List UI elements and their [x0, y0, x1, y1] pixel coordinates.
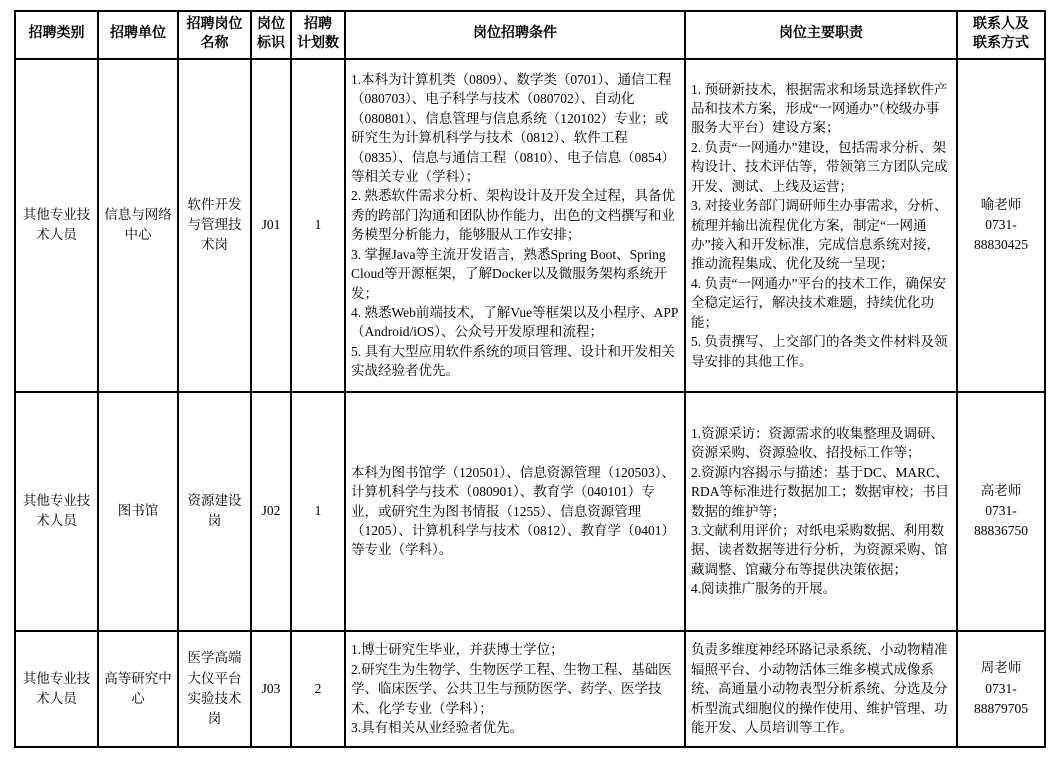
cell-conditions: 本科为图书馆学（120501）、信息资源管理（120503）、计算机科学与技术（…: [345, 392, 685, 631]
cell-plan-count: 2: [291, 631, 345, 747]
table-row: 其他专业技术人员 图书馆 资源建设岗 J02 1 本科为图书馆学（120501）…: [15, 392, 1045, 631]
cell-duties: 1. 预研新技术，根据需求和场景选择软件产品和技术方案，形成“一网通办”（校级办…: [685, 59, 957, 392]
cell-conditions: 1.博士研究生毕业，并获博士学位； 2.研究生为生物学、生物医学工程、生物工程、…: [345, 631, 685, 747]
cell-unit: 信息与网络中心: [98, 59, 178, 392]
table-row: 其他专业技术人员 信息与网络中心 软件开发与管理技术岗 J01 1 1.本科为计…: [15, 59, 1045, 392]
cell-unit: 高等研究中心: [98, 631, 178, 747]
cell-plan-count: 1: [291, 392, 345, 631]
cell-code: J01: [251, 59, 291, 392]
cell-duties: 1.资源采访：资源需求的收集整理及调研、资源采购、资源验收、招投标工作等； 2.…: [685, 392, 957, 631]
cell-code: J03: [251, 631, 291, 747]
table-header-row: 招聘类别 招聘单位 招聘岗位 名称 岗位 标识 招聘 计划数 岗位招聘条件 岗位…: [15, 11, 1045, 59]
recruitment-table: 招聘类别 招聘单位 招聘岗位 名称 岗位 标识 招聘 计划数 岗位招聘条件 岗位…: [14, 10, 1046, 748]
header-position-name: 招聘岗位 名称: [178, 11, 251, 59]
header-conditions: 岗位招聘条件: [345, 11, 685, 59]
cell-category: 其他专业技术人员: [15, 631, 98, 747]
header-duties: 岗位主要职责: [685, 11, 957, 59]
cell-position: 软件开发与管理技术岗: [178, 59, 251, 392]
header-contact: 联系人及 联系方式: [957, 11, 1045, 59]
cell-contact: 喻老师 0731-88830425: [957, 59, 1045, 392]
cell-contact: 周老师 0731-88879705: [957, 631, 1045, 747]
header-position-code: 岗位 标识: [251, 11, 291, 59]
cell-category: 其他专业技术人员: [15, 59, 98, 392]
table-row: 其他专业技术人员 高等研究中心 医学高端大仪平台实验技术岗 J03 2 1.博士…: [15, 631, 1045, 747]
cell-position: 资源建设岗: [178, 392, 251, 631]
header-unit: 招聘单位: [98, 11, 178, 59]
cell-category: 其他专业技术人员: [15, 392, 98, 631]
cell-conditions: 1.本科为计算机类（0809）、数学类（0701）、通信工程（080703）、电…: [345, 59, 685, 392]
recruitment-table-page: 招聘类别 招聘单位 招聘岗位 名称 岗位 标识 招聘 计划数 岗位招聘条件 岗位…: [0, 0, 1055, 757]
header-plan-count: 招聘 计划数: [291, 11, 345, 59]
cell-unit: 图书馆: [98, 392, 178, 631]
cell-plan-count: 1: [291, 59, 345, 392]
cell-position: 医学高端大仪平台实验技术岗: [178, 631, 251, 747]
cell-contact: 高老师 0731-88836750: [957, 392, 1045, 631]
cell-code: J02: [251, 392, 291, 631]
header-category: 招聘类别: [15, 11, 98, 59]
cell-duties: 负责多维度神经环路记录系统、小动物精准辐照平台、小动物活体三维多模式成像系统、高…: [685, 631, 957, 747]
